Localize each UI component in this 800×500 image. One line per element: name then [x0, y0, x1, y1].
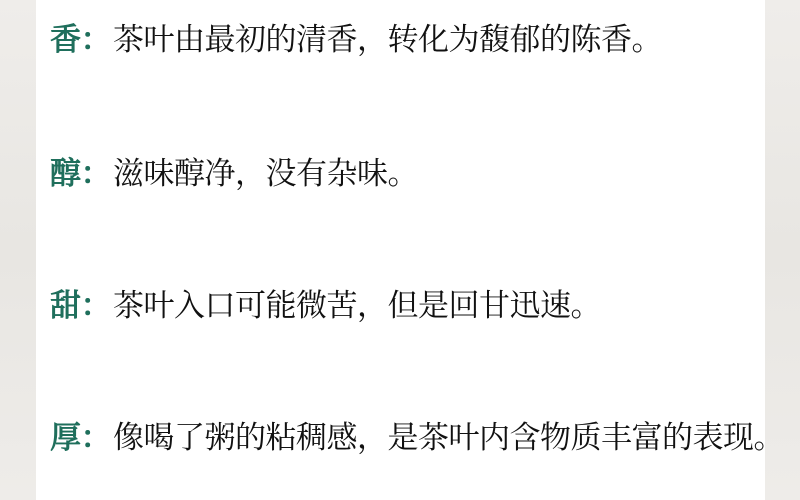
item-text: 像喝了粥的粘稠感，是茶叶内含物质丰富的表现。 [113, 418, 784, 458]
item-colon: ： [81, 20, 112, 60]
item-text: 滋味醇净，没有杂味。 [113, 154, 418, 194]
list-item-mellowness: 醇 ： 滋味醇净，没有杂味。 [50, 154, 418, 194]
list-item-sweetness: 甜 ： 茶叶入口可能微苦，但是回甘迅速。 [50, 286, 601, 326]
list-item-thickness: 厚 ： 像喝了粥的粘稠感，是茶叶内含物质丰富的表现。 [50, 418, 784, 458]
content-card: 香 ： 茶叶由最初的清香，转化为馥郁的陈香。 醇 ： 滋味醇净，没有杂味。 甜 … [36, 0, 765, 500]
item-colon: ： [81, 418, 112, 458]
item-label: 甜 [50, 286, 81, 326]
item-text: 茶叶入口可能微苦，但是回甘迅速。 [113, 286, 601, 326]
list-item-fragrance: 香 ： 茶叶由最初的清香，转化为馥郁的陈香。 [50, 20, 662, 60]
item-label: 厚 [50, 418, 81, 458]
item-colon: ： [81, 286, 112, 326]
item-colon: ： [81, 154, 112, 194]
left-border-background [0, 0, 36, 500]
item-text: 茶叶由最初的清香，转化为馥郁的陈香。 [113, 20, 662, 60]
item-label: 香 [50, 20, 81, 60]
item-label: 醇 [50, 154, 81, 194]
